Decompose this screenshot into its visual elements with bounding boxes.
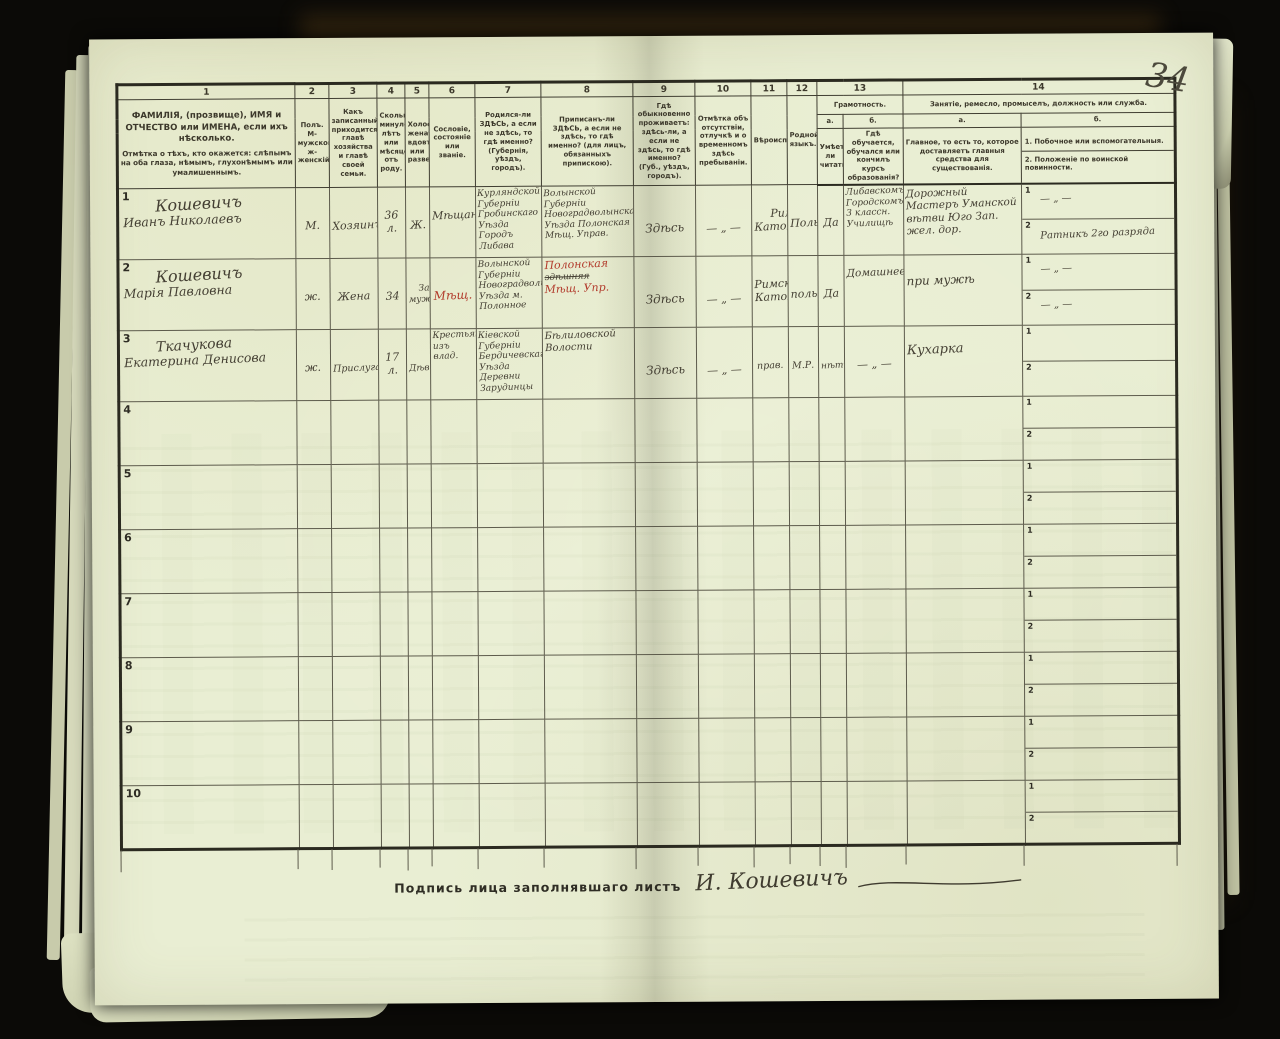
value-sex: ж. <box>305 362 322 376</box>
printed-sub1: 1 <box>1025 186 1031 195</box>
table-row: 4 1 2 <box>119 396 1177 466</box>
col-num: 5 <box>405 83 429 98</box>
side-occupation-cell: 1 — „ — <box>1022 184 1174 220</box>
cell-religion <box>755 782 791 846</box>
cell-registered: Полонская здѣшняя Мѣщ. Упр. <box>542 257 634 329</box>
header-military-status: 2. Положеніе по воинской повинности. <box>1022 151 1174 177</box>
value-occupation: при мужѣ <box>906 270 1019 289</box>
printed-sub2: 2 <box>1026 363 1032 372</box>
cell-literacy <box>819 398 845 462</box>
cell-language: М.Р. <box>788 327 818 398</box>
cell-registered <box>544 655 636 720</box>
cell-relation: Прислуга <box>330 330 378 401</box>
cell-sex <box>297 401 331 465</box>
cell-estate <box>432 592 478 656</box>
cell-registered <box>543 463 635 528</box>
value-relation: Прислуга <box>333 362 379 375</box>
cell-residence: Здѣсь <box>634 257 696 328</box>
value-religion: Римско Католическ. <box>754 206 788 235</box>
value-marital: Зам. мужемъ <box>408 282 430 305</box>
cell-age <box>379 400 407 464</box>
cell-language <box>790 526 820 590</box>
cell-relation <box>333 721 381 785</box>
cell-age <box>381 784 409 848</box>
cell-religion <box>754 654 790 718</box>
row-number: 8 <box>125 660 133 673</box>
header-residence: Гдѣ обыкновенно проживаетъ: здѣсь-ли, а … <box>633 96 696 186</box>
cell-religion: Римско Католическ. <box>751 185 787 256</box>
table-row: 5 1 2 <box>119 460 1177 530</box>
cell-marital <box>408 592 432 656</box>
side-box: 1 2 <box>1023 325 1175 396</box>
cell-sex <box>299 785 333 849</box>
cell-residence: Здѣсь <box>634 328 696 399</box>
value-education: — „ — <box>857 358 892 372</box>
cell-education <box>847 781 907 845</box>
value-military-status: — „ — <box>1040 299 1072 312</box>
cell-absence <box>698 590 754 654</box>
col-num: 1 <box>117 84 295 100</box>
value-estate-red: Мѣщ. <box>433 287 472 303</box>
cell-estate: Мѣщ. <box>430 258 476 329</box>
printed-sub1: 1 <box>1026 398 1032 407</box>
cell-literacy: нѣтъ <box>818 327 844 398</box>
cell-registered <box>545 719 637 784</box>
person-given-name: Екатерина Денисова <box>124 349 294 371</box>
cell-occupation <box>907 717 1025 782</box>
cell-occupation-side: 1 — „ — 2 Ратникъ 2го разряда <box>1021 183 1175 255</box>
cell-name: 6 <box>120 529 298 594</box>
cell-language: польск. <box>788 256 818 327</box>
cell-name: 1 Кошевичъ Иванъ Николаевъ <box>117 188 295 260</box>
cell-absence <box>698 526 754 590</box>
table-row: 1 Кошевичъ Иванъ Николаевъ М. Хозяинъ 36… <box>117 183 1175 260</box>
cell-sex: ж. <box>296 259 330 330</box>
cell-birthplace: Курляндской Губерніи Гробинскаго Уѣзда Г… <box>475 187 541 258</box>
cell-relation: Хозяинъ <box>329 188 377 259</box>
cell-occupation-side: 1 2 <box>1024 652 1178 717</box>
cell-sex <box>299 721 333 785</box>
value-registered: Волынской Губерніи Новоградволынскаго Уѣ… <box>543 186 632 243</box>
value-estate: Крестьянка изъ влад. <box>432 330 474 363</box>
cell-occupation-side: 1 2 <box>1023 460 1177 525</box>
cell-absence <box>697 398 753 462</box>
cell-registered <box>544 527 636 592</box>
col-num: 13 <box>817 80 903 96</box>
cell-occupation-side: 1 — „ — 2 — „ — <box>1022 254 1176 326</box>
cell-occupation-side: 1 2 <box>1025 780 1179 845</box>
value-language: польск. <box>790 287 818 302</box>
header-birthplace: Родился-ли ЗДѢСЬ, а если не здѣсь, то гд… <box>475 97 542 187</box>
sub-b: б. <box>1021 112 1175 127</box>
value-sex: ж. <box>305 291 322 305</box>
row-number: 9 <box>125 724 133 737</box>
header-can-read: Умѣетъ-ли читать? <box>817 128 843 185</box>
value-age: 36 л. <box>380 210 404 237</box>
cell-residence <box>635 463 697 527</box>
side-occupation-cell: 1 <box>1023 325 1175 361</box>
signature-handwritten: И. Кошевичъ <box>695 865 849 896</box>
military-status-cell: 2 <box>1023 361 1175 396</box>
cell-absence <box>697 462 753 526</box>
census-table: 1 2 3 4 5 6 7 8 9 10 11 12 13 14 ФАМИЛІЯ… <box>115 77 1181 852</box>
cell-relation <box>332 593 380 657</box>
cell-language <box>789 398 819 462</box>
value-language: Польск. <box>790 216 818 231</box>
side-box: 1 — „ — 2 — „ — <box>1022 254 1174 325</box>
cell-age <box>380 656 408 720</box>
cell-birthplace <box>477 464 543 528</box>
cell-occupation: при мужѣ <box>904 255 1022 327</box>
col-num: 6 <box>429 83 475 98</box>
side-box: 1 — „ — 2 Ратникъ 2го разряда <box>1022 184 1174 254</box>
cell-age <box>380 528 408 592</box>
cell-relation <box>331 401 379 465</box>
value-literacy: Да <box>823 217 839 231</box>
row-number: 3 <box>123 333 131 346</box>
header-marital: Холостъ, женатъ, вдовъ или разведенъ. <box>405 98 430 188</box>
cell-education <box>845 397 905 461</box>
cell-education <box>846 525 906 589</box>
cell-marital <box>407 464 431 528</box>
cell-name: 8 <box>120 657 298 722</box>
col-num: 12 <box>787 80 817 95</box>
cell-occupation <box>906 525 1024 590</box>
printed-sub1: 1 <box>1027 590 1033 599</box>
value-military-status: Ратникъ 2го разряда <box>1040 226 1155 242</box>
row-number: 5 <box>124 468 132 481</box>
col-num: 7 <box>475 82 541 97</box>
cell-marital <box>407 400 431 464</box>
header-name-note: Отмѣтка о тѣхъ, кто окажется: слѣпымъ на… <box>121 148 293 177</box>
cell-language <box>790 590 820 654</box>
printed-sub2: 2 <box>1027 558 1033 567</box>
cell-occupation-side: 1 2 <box>1024 524 1178 589</box>
cell-estate <box>431 400 477 464</box>
cell-occupation-side: 1 2 <box>1025 716 1179 781</box>
header-occupation-main: Главное, то есть то, которое доставляетъ… <box>903 127 1021 184</box>
printed-sub1: 1 <box>1028 654 1034 663</box>
cell-birthplace <box>478 656 544 720</box>
cell-name: 2 Кошевичъ Марія Павловна <box>118 259 296 331</box>
row-number: 2 <box>122 262 130 275</box>
printed-sub2: 2 <box>1029 814 1035 823</box>
cell-literacy: Да <box>817 185 843 256</box>
header-estate: Сословіе, состояніе или званіе. <box>429 98 476 188</box>
cell-language <box>790 654 820 718</box>
col-num: 14 <box>903 78 1175 95</box>
signature-flourish <box>856 874 1026 893</box>
value-absence: — „ — <box>706 222 741 236</box>
cell-estate <box>433 784 479 848</box>
printed-sub2: 2 <box>1026 292 1032 301</box>
cell-relation <box>333 785 381 849</box>
cell-residence <box>636 591 698 655</box>
cell-marital: Ж. <box>405 187 429 258</box>
value-birthplace: Курляндской Губерніи Гробинскаго Уѣзда Г… <box>477 187 541 253</box>
side-occupation-cell: 1 — „ — <box>1022 254 1174 290</box>
cell-education: Домашнее <box>844 255 904 326</box>
cell-sex <box>297 465 331 529</box>
cell-occupation <box>905 461 1023 526</box>
person-given-name: Иванъ Николаевъ <box>123 210 293 232</box>
cell-sex <box>298 593 332 657</box>
handwritten-page-number: 34 <box>1143 55 1192 101</box>
cell-religion <box>753 462 789 526</box>
printed-sub1: 1 <box>1026 327 1032 336</box>
row-number: 1 <box>122 191 130 204</box>
cell-estate: Мѣщанинъ <box>429 187 475 258</box>
cell-absence <box>699 718 755 782</box>
value-marital: Дѣв. <box>409 363 431 375</box>
cell-residence <box>635 399 697 463</box>
cell-language: Польск. <box>787 185 817 256</box>
value-sex: М. <box>305 220 320 234</box>
census-sheet: 1 2 3 4 5 6 7 8 9 10 11 12 13 14 ФАМИЛІЯ… <box>89 33 1219 1006</box>
cell-marital <box>408 528 432 592</box>
cell-occupation <box>906 589 1024 654</box>
col-num: 11 <box>751 81 787 96</box>
cell-religion: прав. <box>752 327 788 398</box>
cell-estate <box>432 528 478 592</box>
value-absence: — „ — <box>707 293 742 307</box>
table-row: 2 Кошевичъ Марія Павловна ж. Жена 34 Зам… <box>118 254 1176 331</box>
cell-religion <box>754 526 790 590</box>
ink-bleed-through <box>244 903 1144 988</box>
value-education: Домашнее <box>846 266 901 281</box>
row-number: 6 <box>124 532 132 545</box>
cell-residence: Здѣсь <box>633 186 695 257</box>
value-side-occupation: — „ — <box>1040 193 1072 206</box>
cell-residence <box>636 527 698 591</box>
value-absence: — „ — <box>707 364 742 378</box>
cell-registered: Бѣлиловской Волости <box>542 328 634 400</box>
cell-estate <box>432 656 478 720</box>
value-side-occupation: — „ — <box>1040 263 1072 276</box>
cell-occupation <box>907 781 1025 846</box>
header-sex: Полъ. М-мужской. ж-женскій. <box>295 98 330 188</box>
cell-residence <box>636 655 698 719</box>
cell-marital <box>409 720 433 784</box>
table-row: 3 Ткачукова Екатерина Денисова ж. Прислу… <box>118 325 1176 402</box>
table-row: 8 1 2 <box>120 652 1178 722</box>
value-education: Либавскомъ Городскомъ 3 классн. Училищѣ <box>845 186 902 231</box>
sub-a: а. <box>903 113 1021 128</box>
cell-literacy <box>821 718 847 782</box>
printed-sub1: 1 <box>1027 462 1033 471</box>
header-education: Гдѣ обучается, обучался или кончилъ курс… <box>843 128 903 185</box>
cell-education <box>847 717 907 781</box>
cell-registered <box>544 591 636 656</box>
cell-birthplace <box>479 720 545 784</box>
cell-relation <box>332 529 380 593</box>
table-row: 7 1 2 <box>120 588 1178 658</box>
col-num: 9 <box>633 81 695 96</box>
cell-religion <box>753 398 789 462</box>
cell-birthplace <box>478 528 544 592</box>
col-num: 3 <box>329 83 377 98</box>
table-header: 1 2 3 4 5 6 7 8 9 10 11 12 13 14 ФАМИЛІЯ… <box>117 78 1176 189</box>
printed-sub2: 2 <box>1026 430 1032 439</box>
cell-occupation: Дорожный Мастеръ Уманской вѣтви Юго Зап.… <box>903 184 1021 256</box>
cell-name: 10 <box>121 785 299 850</box>
printed-sub1: 1 <box>1025 256 1031 265</box>
cell-marital: Дѣв. <box>406 329 430 400</box>
cell-occupation <box>906 653 1024 718</box>
cell-age: 36 л. <box>377 187 405 258</box>
cell-occupation: Кухарка <box>904 326 1022 398</box>
value-age: 17 л. <box>381 352 405 379</box>
cell-age <box>380 592 408 656</box>
cell-literacy <box>819 462 845 526</box>
cell-marital <box>408 656 432 720</box>
cell-literacy: Да <box>818 256 844 327</box>
cell-language <box>789 462 819 526</box>
signature-row: Подпись лица заполнявшаго листъ И. Кошев… <box>394 867 1026 896</box>
cell-religion <box>755 718 791 782</box>
person-given-name: Марія Павловна <box>123 281 293 303</box>
signature-label: Подпись лица заполнявшаго листъ <box>394 879 681 896</box>
value-literacy: Да <box>823 288 839 302</box>
cell-birthplace: Кіевской Губерніи Бердичевскаго Уѣзда Де… <box>476 329 542 400</box>
col-num: 10 <box>695 81 751 96</box>
header-relation: Какъ записанный приходится главѣ хозяйст… <box>329 98 378 188</box>
cell-sex: ж. <box>296 330 330 401</box>
cell-absence <box>699 782 755 846</box>
value-religion: Римско Катол. <box>754 278 788 306</box>
header-registered: Приписанъ-ли ЗДѢСЬ, а если не здѣсь, то … <box>541 97 634 187</box>
cell-marital <box>409 784 433 848</box>
header-occupation-side: 1. Побочное или вспомогательныя. 2. Поло… <box>1021 126 1175 183</box>
cell-education: — „ — <box>844 326 904 397</box>
cell-estate <box>431 464 477 528</box>
cell-occupation-side: 1 2 <box>1023 396 1177 461</box>
col-num: 4 <box>377 83 405 98</box>
cell-absence: — „ — <box>695 185 751 256</box>
value-birthplace: Кіевской Губерніи Бердичевскаго Уѣзда Де… <box>478 329 542 395</box>
header-age: Сколько минуло лѣтъ или мѣсяцевъ отъ род… <box>377 98 406 188</box>
cell-name: 9 <box>121 721 299 786</box>
cell-marital: Зам. мужемъ <box>406 258 430 329</box>
header-side-occupation: 1. Побочное или вспомогательныя. <box>1022 133 1174 151</box>
cell-age <box>381 720 409 784</box>
cell-religion: Римско Катол. <box>752 256 788 327</box>
value-relation: Хозяинъ <box>332 219 378 234</box>
cell-sex: М. <box>295 188 329 259</box>
value-estate: Мѣщанинъ <box>432 208 476 224</box>
header-language: Родной языкъ. <box>787 95 818 185</box>
row-number: 4 <box>123 404 131 417</box>
cell-relation <box>332 657 380 721</box>
value-registered-red: Мѣщ. Упр. <box>544 281 631 298</box>
value-language: М.Р. <box>792 360 815 372</box>
cell-absence <box>698 654 754 718</box>
cell-sex <box>298 529 332 593</box>
cell-literacy <box>820 590 846 654</box>
cell-name: 3 Ткачукова Екатерина Денисова <box>118 330 296 402</box>
sub-a: а. <box>817 114 843 128</box>
cell-registered <box>543 399 635 464</box>
printed-sub2: 2 <box>1028 686 1034 695</box>
cell-registered <box>545 783 637 848</box>
cell-language <box>791 782 821 846</box>
printed-sub2: 2 <box>1028 750 1034 759</box>
cell-age <box>379 464 407 528</box>
cell-literacy <box>820 654 846 718</box>
value-age: 34 <box>385 290 400 304</box>
cell-birthplace: Волынской Губерніи Новоградволынскаго Уѣ… <box>476 258 542 329</box>
cell-residence <box>637 783 699 847</box>
value-residence: Здѣсь <box>646 362 685 378</box>
cell-occupation-side: 1 2 <box>1024 588 1178 653</box>
cell-residence <box>637 719 699 783</box>
header-literacy-group: Грамотность. <box>817 95 903 115</box>
cell-estate: Крестьянка изъ влад. <box>430 329 476 400</box>
cell-occupation <box>905 397 1023 462</box>
printed-sub2: 2 <box>1025 221 1031 230</box>
cell-sex <box>298 657 332 721</box>
cell-religion <box>754 590 790 654</box>
header-absence: Отмѣтка объ отсутствіи, отлучкѣ и о врем… <box>695 96 752 186</box>
cell-absence: — „ — <box>696 256 752 327</box>
cell-age: 17 л. <box>378 329 406 400</box>
sub-b: б. <box>843 114 903 128</box>
col-num: 8 <box>541 82 633 98</box>
cell-language <box>791 718 821 782</box>
cell-education <box>846 653 906 717</box>
value-literacy: нѣтъ <box>821 360 845 372</box>
header-name: ФАМИЛІЯ, (прозвище), ИМЯ и ОТЧЕСТВО или … <box>117 99 296 190</box>
table-body: 1 Кошевичъ Иванъ Николаевъ М. Хозяинъ 36… <box>117 183 1179 850</box>
cell-relation <box>331 465 379 529</box>
printed-sub1: 1 <box>1028 718 1034 727</box>
cell-birthplace <box>478 592 544 656</box>
cell-education <box>846 589 906 653</box>
value-religion: прав. <box>757 360 784 372</box>
col-num: 2 <box>295 83 329 98</box>
military-status-cell: 2 — „ — <box>1023 290 1175 325</box>
printed-sub1: 1 <box>1029 782 1035 791</box>
value-occupation: Дорожный Мастеръ Уманской вѣтви Юго Зап.… <box>905 184 1020 238</box>
printed-sub2: 2 <box>1028 622 1034 631</box>
header-name-main: ФАМИЛІЯ, (прозвище), ИМЯ и ОТЧЕСТВО или … <box>121 110 293 146</box>
value-residence: Здѣсь <box>645 291 684 307</box>
cell-birthplace <box>479 784 545 848</box>
table-row: 10 1 2 <box>121 780 1179 850</box>
header-religion: Вѣроисповѣданіе. <box>751 96 788 186</box>
cell-literacy <box>820 526 846 590</box>
cell-occupation-side: 1 2 <box>1022 325 1176 397</box>
value-registered: Бѣлиловской Волости <box>544 328 632 355</box>
cell-name: 7 <box>120 593 298 658</box>
cell-absence: — „ — <box>696 327 752 398</box>
value-residence: Здѣсь <box>645 220 684 236</box>
value-relation: Жена <box>338 290 371 304</box>
cell-relation: Жена <box>330 259 378 330</box>
printed-sub1: 1 <box>1027 526 1033 535</box>
table-row: 9 1 2 <box>121 716 1179 786</box>
printed-sub2: 2 <box>1027 494 1033 503</box>
cell-name: 5 <box>119 465 297 530</box>
value-birthplace: Волынской Губерніи Новоградволынскаго Уѣ… <box>478 258 541 314</box>
military-status-cell: 2 Ратникъ 2го разряда <box>1022 219 1174 254</box>
cell-birthplace <box>477 400 543 464</box>
value-occupation: Кухарка <box>907 339 1021 359</box>
row-number: 7 <box>124 596 132 609</box>
cell-age: 34 <box>378 258 406 329</box>
cell-literacy <box>821 782 847 846</box>
header-occupation-group: Занятіе, ремесло, промыселъ, должность и… <box>903 93 1175 114</box>
